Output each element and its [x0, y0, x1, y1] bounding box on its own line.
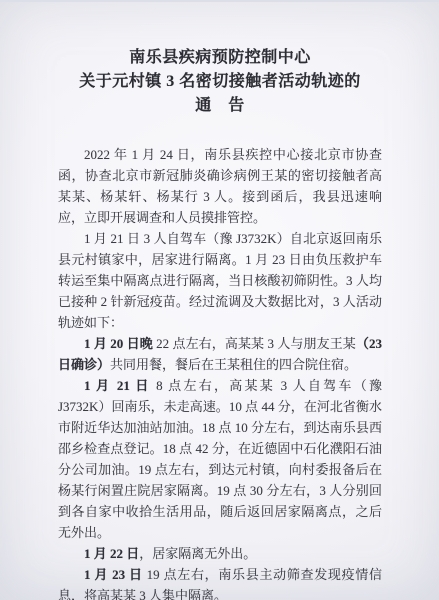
paragraph-return-and-quarantine: 1 月 21 日 3 人自驾车（豫 J3732K）自北京返回南乐县元村镇家中，居…	[58, 228, 382, 333]
paragraph-jan23-trajectory: 1 月 23 日 19 点左右，南乐县主动筛查发现疫情信息，将高某某 3 人集中…	[58, 564, 382, 600]
date-jan21-bold: 1 月 21 日	[84, 378, 151, 393]
document-title: 南乐县疾病预防控制中心 关于元村镇 3 名密切接触者活动轨迹的 通 告	[58, 46, 382, 118]
document-body: 2022 年 1 月 24 日，南乐县疾控中心接北京市协查函，协查北京市新冠肺炎…	[58, 144, 382, 600]
date-jan22-bold: 1 月 22 日	[84, 546, 139, 561]
jan21-activity-text: 8 点左右，高某某 3 人自驾车（豫 J3732K）回南乐，未走高速。10 点 …	[58, 378, 382, 540]
date-jan20-bold: 1 月 20 日晚	[84, 336, 153, 351]
return-quarantine-text: 1 月 21 日 3 人自驾车（豫 J3732K）自北京返回南乐县元村镇家中，居…	[58, 231, 382, 330]
notice-document: 南乐县疾病预防控制中心 关于元村镇 3 名密切接触者活动轨迹的 通 告 2022…	[0, 0, 439, 600]
jan22-activity-text: ，居家隔离无外出。	[139, 546, 256, 561]
paragraph-jan20-trajectory: 1 月 20 日晚 22 点左右，高某某 3 人与朋友王某（23 日确诊）共同用…	[58, 333, 382, 375]
jan20-activity-text: 22 点左右，高某某 3 人与朋友王某	[153, 336, 356, 351]
date-jan23-bold: 1 月 23 日	[84, 567, 143, 582]
document-photo: 南乐县疾病预防控制中心 关于元村镇 3 名密切接触者活动轨迹的 通 告 2022…	[0, 0, 439, 600]
title-line-subject: 关于元村镇 3 名密切接触者活动轨迹的	[58, 70, 382, 94]
intro-text: 2022 年 1 月 24 日，南乐县疾控中心接北京市协查函，协查北京市新冠肺炎…	[58, 147, 382, 225]
title-line-notice-type: 通 告	[58, 94, 382, 118]
jan20-activity-text-2: 共同用餐，餐后在王某租住的四合院住宿。	[110, 357, 357, 372]
title-line-organization: 南乐县疾病预防控制中心	[58, 46, 382, 70]
paragraph-intro: 2022 年 1 月 24 日，南乐县疾控中心接北京市协查函，协查北京市新冠肺炎…	[58, 144, 382, 228]
paragraph-jan21-trajectory: 1 月 21 日 8 点左右，高某某 3 人自驾车（豫 J3732K）回南乐，未…	[58, 375, 382, 543]
paragraph-jan22-trajectory: 1 月 22 日，居家隔离无外出。	[58, 543, 382, 564]
